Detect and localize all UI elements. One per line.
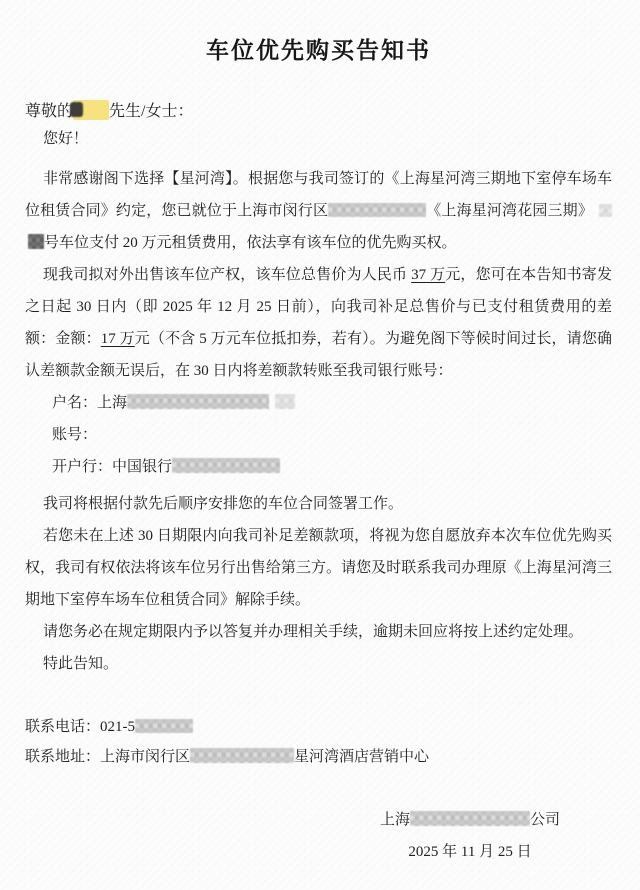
paragraph-signing-order: 我司将根据付款先后顺序安排您的车位合同签署工作。 [25, 488, 612, 520]
signature-block: 上海公司 2025 年 11 月 25 日 [380, 804, 560, 868]
account-name-prefix: 上海 [97, 395, 127, 411]
redacted-company-name-mosaic [410, 811, 530, 826]
para3-text: 我司将根据付款先后顺序安排您的车位合同签署工作。 [43, 496, 403, 512]
paragraph-sale-terms: 现我司拟对外出售该车位产权，该车位总售价为人民币 37 万元，您可在本告知书寄发… [25, 259, 612, 387]
redacted-parking-number-mosaic-dark [28, 234, 44, 249]
company-suffix: 公司 [530, 812, 560, 828]
greeting-text: 您好！ [43, 131, 88, 147]
paragraph-reply-deadline: 请您务必在规定期限内予以答复并办理相关手续，逾期未回应将按上述约定处理。 [25, 616, 612, 648]
salutation-prefix: 尊敬的 [25, 103, 73, 120]
greeting-line: 您好！ [25, 123, 612, 155]
difference-amount-underlined: 17 万 [101, 331, 135, 347]
account-number-label: 账号： [52, 427, 97, 443]
branch-name: 中国银行 [112, 459, 172, 475]
paragraph-lease-background: 非常感谢阁下选择【星河湾】。根据您与我司签订的《上海星河湾三期地下室停车场车位租… [25, 163, 612, 259]
redacted-address-mosaic [190, 748, 294, 763]
notice-document-page: 车位优先购买告知书 尊敬的先生/女士： 您好！ 非常感谢阁下选择【星河湾】。根据… [0, 0, 640, 890]
contact-phone-line: 联系电话：021-5 [25, 712, 612, 742]
account-name-label: 户名： [52, 395, 97, 411]
redacted-branch-mosaic [172, 458, 280, 473]
redacted-parking-number-mosaic-light [599, 204, 612, 217]
para1-text-3: 号车位支付 20 万元租赁费用，依法享有该车位的优先购买权。 [44, 235, 457, 251]
para2-text-1: 现我司拟对外出售该车位产权，该车位总售价为人民币 [43, 267, 411, 283]
para5-text: 请您务必在规定期限内予以答复并办理相关手续，逾期未回应将按上述约定处理。 [43, 624, 583, 640]
paragraph-forfeit-terms: 若您未在上述 30 日期限内向我司补足差额款项，将视为您自愿放弃本次车位优先购买… [25, 520, 612, 616]
document-date: 2025 年 11 月 25 日 [380, 836, 560, 868]
para1-text-2: 《上海星河湾花园三期》 [426, 203, 593, 219]
company-prefix: 上海 [380, 812, 410, 828]
bank-account-name-line: 户名：上海 [25, 387, 612, 419]
redacted-account-name-mosaic-tail [275, 394, 295, 409]
address-suffix: 星河湾酒店营销中心 [294, 749, 429, 765]
bank-account-number-line: 账号： [25, 419, 612, 451]
company-line: 上海公司 [380, 804, 560, 836]
phone-label: 联系电话： [25, 719, 100, 735]
address-label: 联系地址： [25, 749, 100, 765]
address-prefix: 上海市闵行区 [100, 749, 190, 765]
phone-prefix: 021-5 [100, 719, 135, 735]
branch-label: 开户行： [52, 459, 112, 475]
redacted-street-address-mosaic [328, 203, 426, 217]
para6-text: 特此告知。 [43, 656, 118, 672]
contact-block: 联系电话：021-5 联系地址：上海市闵行区星河湾酒店营销中心 [25, 712, 612, 772]
document-title: 车位优先购买告知书 [25, 36, 612, 66]
redaction-ink-blob [70, 102, 83, 117]
salutation-suffix: 先生/女士： [109, 103, 193, 120]
salutation-line: 尊敬的先生/女士： [25, 100, 612, 123]
redacted-name-highlight [73, 100, 109, 120]
total-price-underlined: 37 万 [411, 267, 445, 283]
redacted-phone-mosaic [135, 719, 193, 733]
para4-text: 若您未在上述 30 日期限内向我司补足差额款项，将视为您自愿放弃本次车位优先购买… [25, 528, 612, 608]
paragraph-closing: 特此告知。 [25, 648, 612, 680]
redacted-account-name-mosaic [127, 394, 269, 409]
bank-branch-line: 开户行：中国银行 [25, 451, 612, 483]
contact-address-line: 联系地址：上海市闵行区星河湾酒店营销中心 [25, 742, 612, 772]
